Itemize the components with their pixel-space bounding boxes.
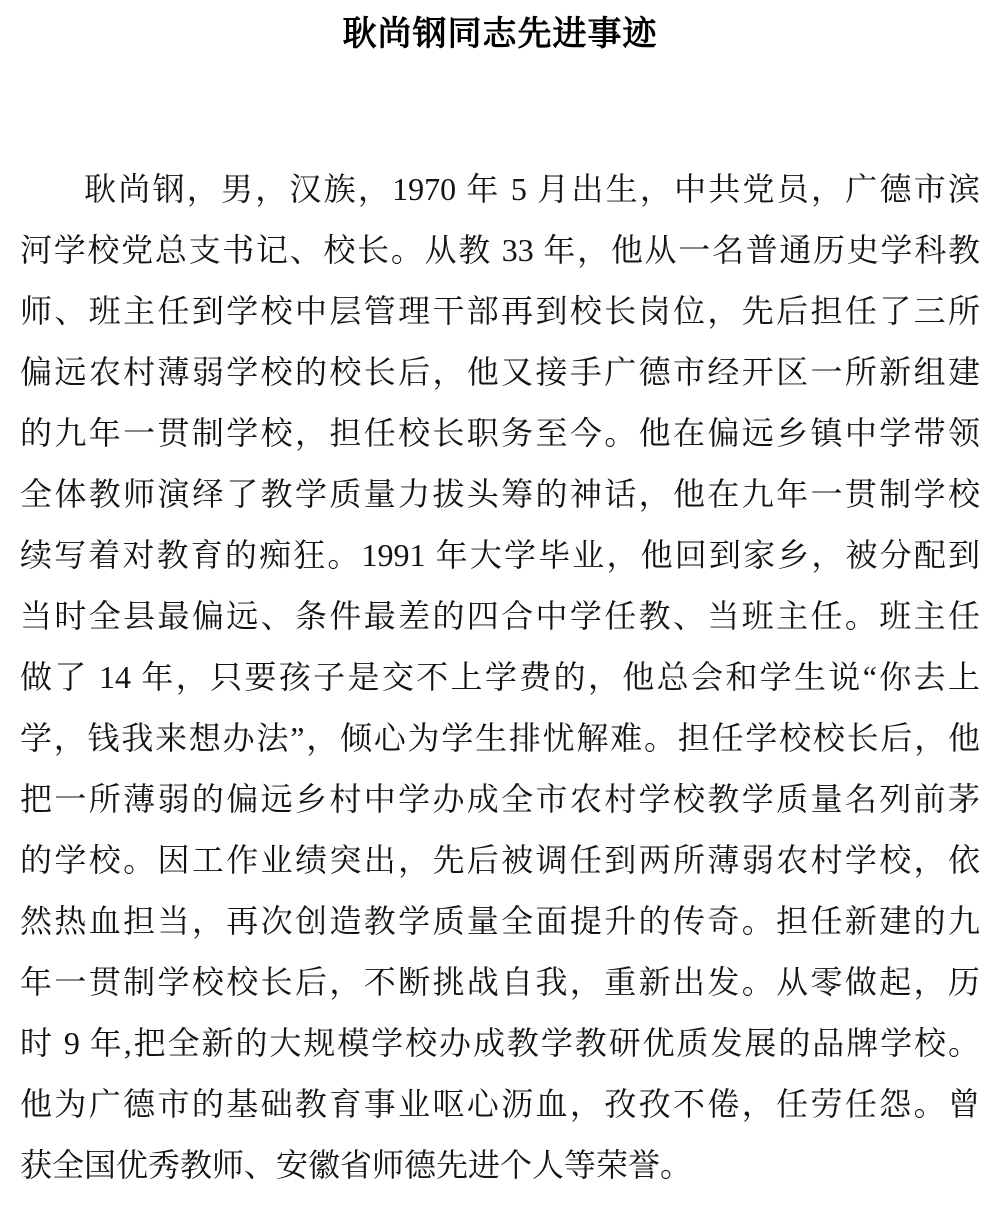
page-title: 耿尚钢同志先进事迹 <box>20 14 980 56</box>
paragraph-line: 的学校。因工作业绩突出，先后被调任到两所薄弱农村学校，依 <box>20 830 980 891</box>
paragraph-line: 耿尚钢，男，汉族，1970 年 5 月出生，中共党员，广德市滨 <box>20 159 980 220</box>
paragraph-line: 续写着对教育的痴狂。1991 年大学毕业，他回到家乡，被分配到 <box>20 525 980 586</box>
paragraph-line: 做了 14 年，只要孩子是交不上学费的，他总会和学生说“你去上 <box>20 647 980 708</box>
paragraph-line: 获全国优秀教师、安徽省师德先进个人等荣誉。 <box>20 1135 980 1196</box>
paragraph-line: 的九年一贯制学校，担任校长职务至今。他在偏远乡镇中学带领 <box>20 403 980 464</box>
paragraph-line: 然热血担当，再次创造教学质量全面提升的传奇。担任新建的九 <box>20 891 980 952</box>
paragraph-line: 偏远农村薄弱学校的校长后，他又接手广德市经开区一所新组建 <box>20 342 980 403</box>
document-body: 耿尚钢，男，汉族，1970 年 5 月出生，中共党员，广德市滨 河学校党总支书记… <box>20 159 980 1196</box>
paragraph-line: 全体教师演绎了教学质量力拔头筹的神话，他在九年一贯制学校 <box>20 464 980 525</box>
paragraph-line: 师、班主任到学校中层管理干部再到校长岗位，先后担任了三所 <box>20 281 980 342</box>
paragraph-line: 他为广德市的基础教育事业呕心沥血，孜孜不倦，任劳任怨。曾 <box>20 1074 980 1135</box>
paragraph-line: 河学校党总支书记、校长。从教 33 年，他从一名普通历史学科教 <box>20 220 980 281</box>
paragraph-line: 学，钱我来想办法”，倾心为学生排忧解难。担任学校校长后，他 <box>20 708 980 769</box>
paragraph-line: 把一所薄弱的偏远乡村中学办成全市农村学校教学质量名列前茅 <box>20 769 980 830</box>
document-page: 耿尚钢同志先进事迹 耿尚钢，男，汉族，1970 年 5 月出生，中共党员，广德市… <box>20 0 980 1196</box>
paragraph-line: 时 9 年,把全新的大规模学校办成教学教研优质发展的品牌学校。 <box>20 1013 980 1074</box>
paragraph-line: 当时全县最偏远、条件最差的四合中学任教、当班主任。班主任 <box>20 586 980 647</box>
paragraph-line: 年一贯制学校校长后，不断挑战自我，重新出发。从零做起，历 <box>20 952 980 1013</box>
